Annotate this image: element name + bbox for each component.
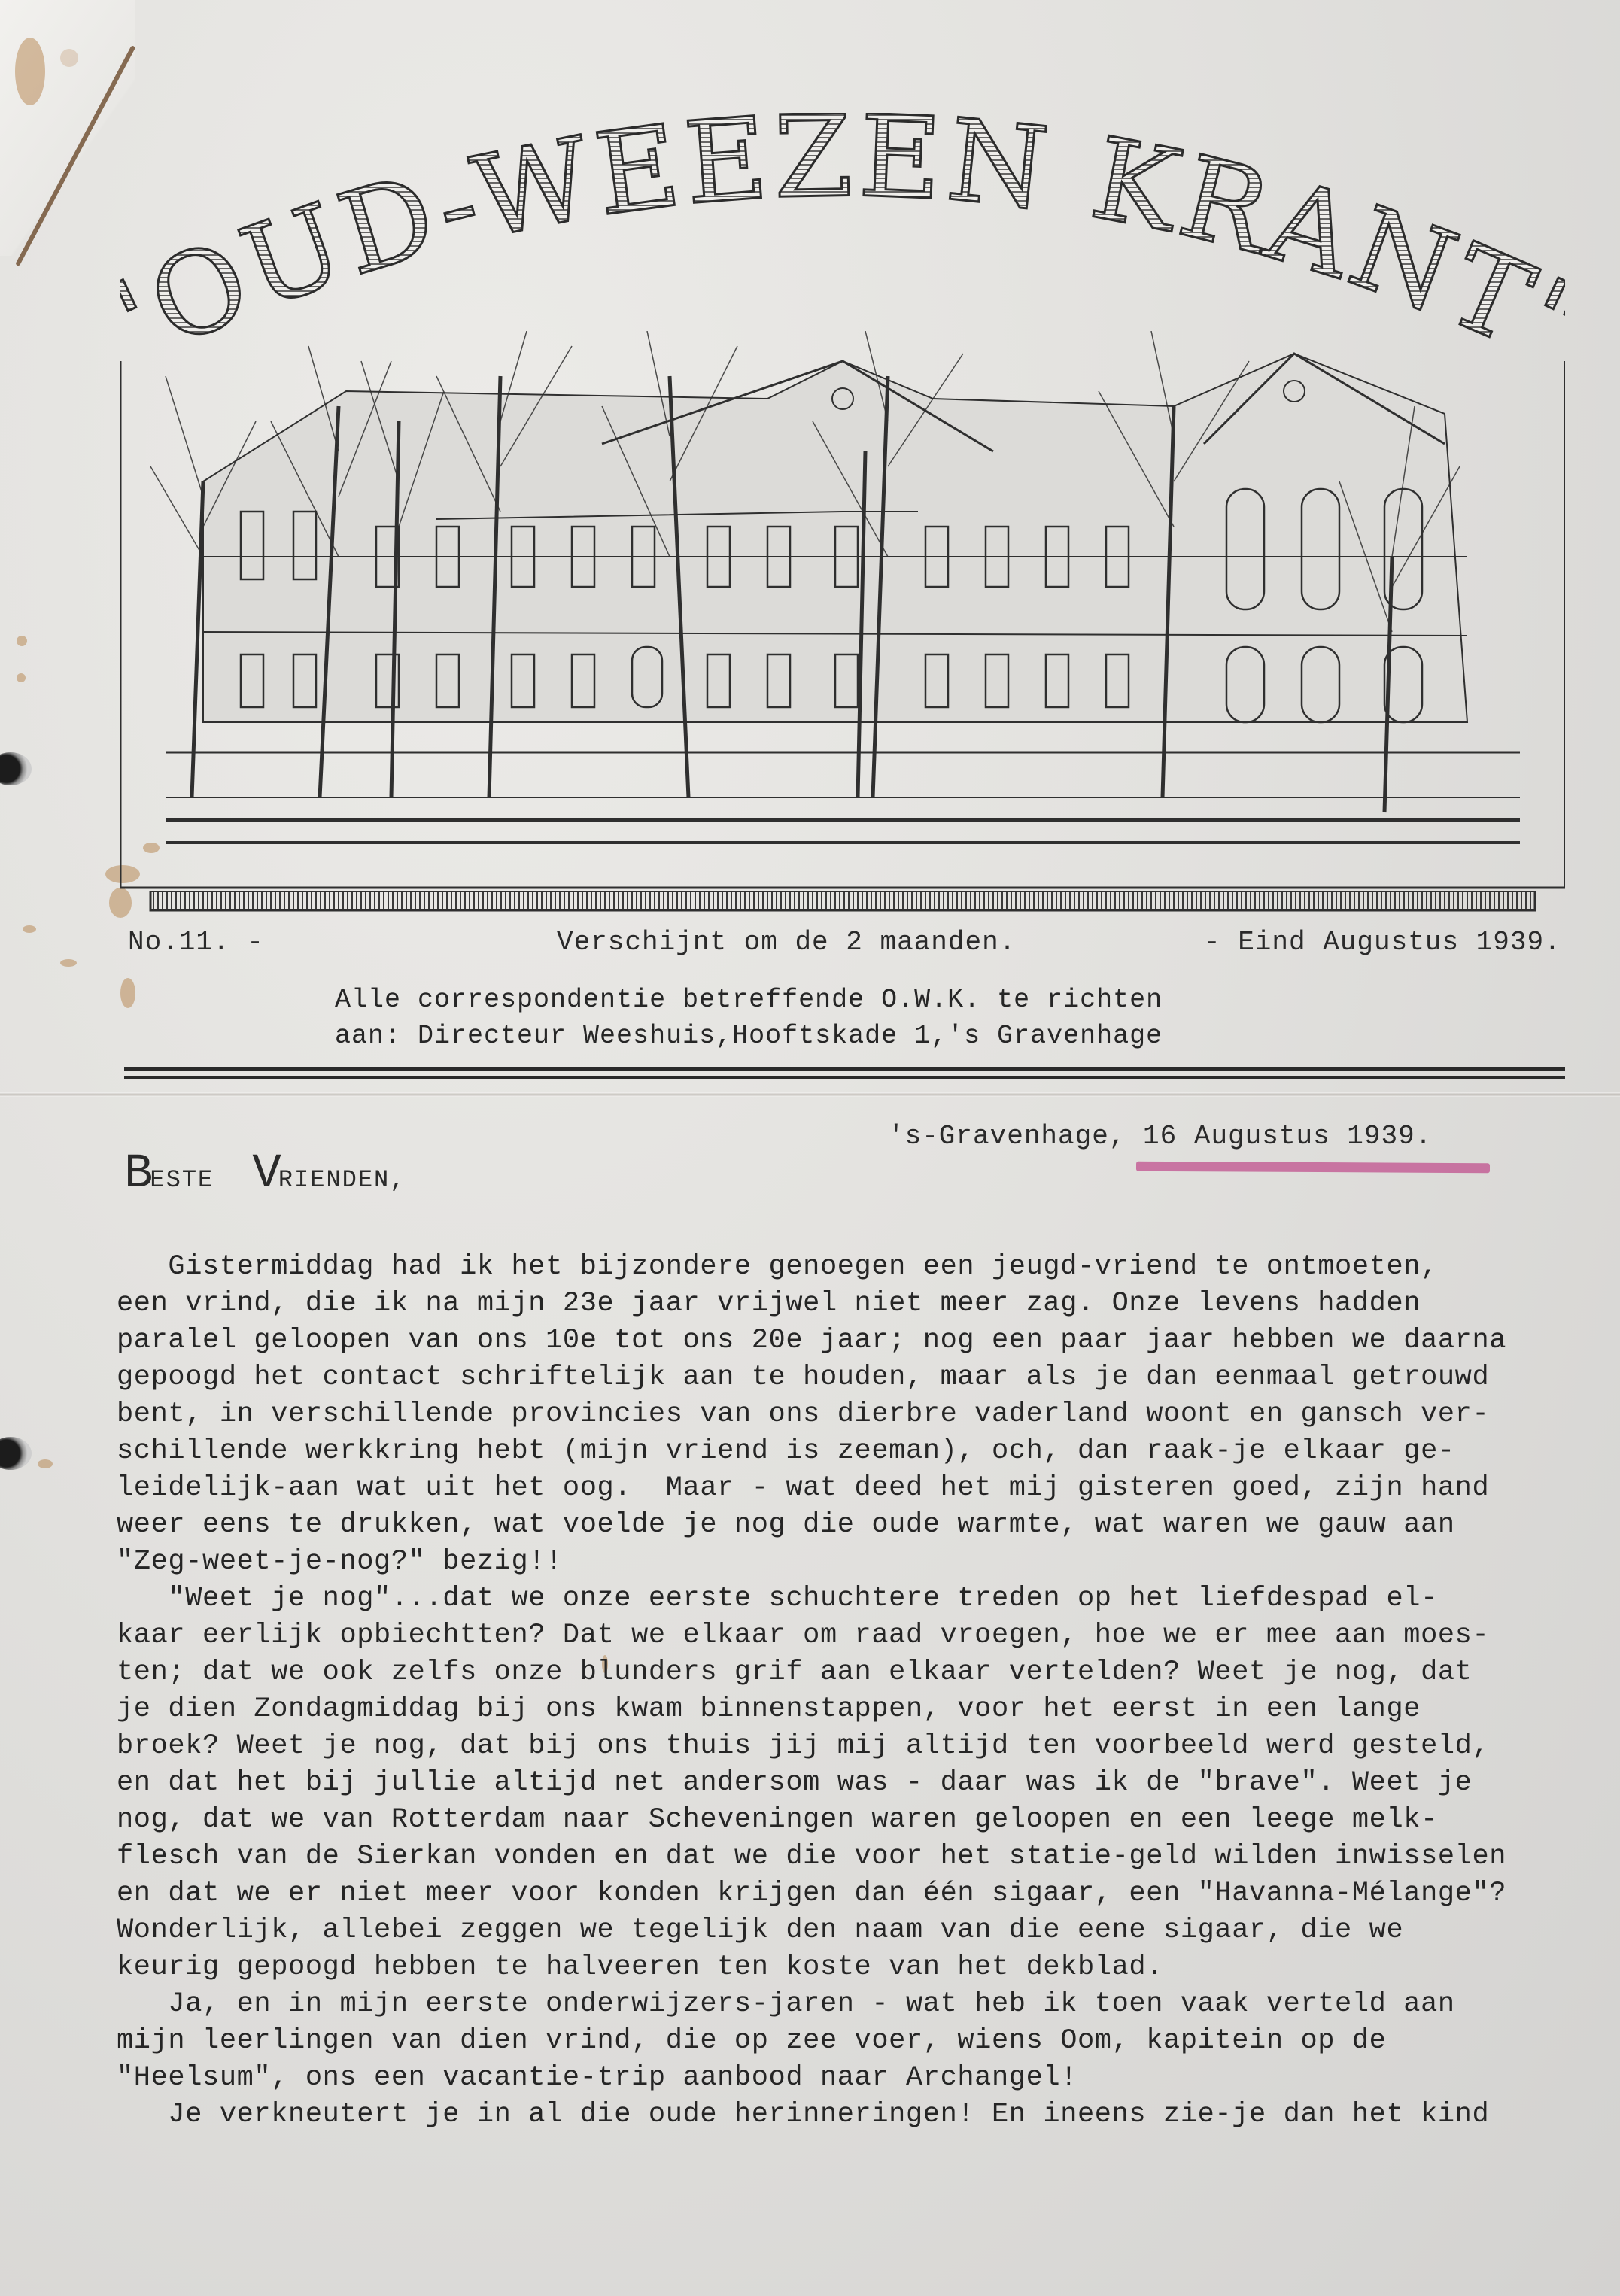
letter-place-date: 's-Gravenhage, 16 Augustus 1939. xyxy=(888,1121,1432,1152)
rust-stain xyxy=(17,636,27,646)
letter-line: Gistermiddag had ik het bijzondere genoe… xyxy=(117,1249,1591,1286)
correspondence-line-2: aan: Directeur Weeshuis,Hooftskade 1,'s … xyxy=(335,1018,1163,1054)
newsletter-page: "OUD-WEEZEN KRANT" xyxy=(0,0,1620,2296)
letter-line: Je verkneutert je in al die oude herinne… xyxy=(117,2097,1591,2134)
letter-line: flesch van de Sierkan vonden en dat we d… xyxy=(117,1839,1591,1875)
masthead: "OUD-WEEZEN KRANT" xyxy=(120,113,1565,910)
double-rule-bottom xyxy=(124,1076,1565,1079)
issue-frequency: Verschijnt om de 2 maanden. xyxy=(557,927,1016,958)
salutation-word-1: ESTE xyxy=(150,1166,214,1194)
letter-line: een vrind, die ik na mijn 23e jaar vrijw… xyxy=(117,1286,1591,1323)
double-rule-top xyxy=(124,1067,1565,1071)
binder-hole-bottom xyxy=(0,1437,32,1470)
rust-stain xyxy=(120,978,135,1008)
letter-line: kaar eerlijk opbiechtten? Dat we elkaar … xyxy=(117,1617,1591,1654)
rust-stain xyxy=(60,49,78,67)
letter-line: mijn leerlingen van dien vrind, die op z… xyxy=(117,2023,1591,2060)
rust-stain xyxy=(23,925,36,933)
letter-line: "Weet je nog"...dat we onze eerste schuc… xyxy=(117,1581,1591,1617)
rust-stain xyxy=(15,38,45,105)
rust-stain xyxy=(60,959,77,967)
letter-line: je dien Zondagmiddag bij ons kwam binnen… xyxy=(117,1691,1591,1728)
paper-crease xyxy=(0,1092,1620,1097)
binder-hole-top xyxy=(0,752,32,785)
orphanage-illustration xyxy=(120,331,1565,918)
letter-line: keurig gepoogd hebben te halveeren ten k… xyxy=(117,1949,1591,1986)
letter-line: bent, in verschillende provincies van on… xyxy=(117,1396,1591,1433)
rust-stain xyxy=(38,1459,53,1468)
correspondence-address: Alle correspondentie betreffende O.W.K. … xyxy=(335,982,1163,1054)
letter-line: weer eens te drukken, wat voelde je nog … xyxy=(117,1507,1591,1544)
letter-salutation: BESTE VRIENDEN, xyxy=(124,1147,406,1201)
letter-line: Wonderlijk, allebei zeggen we tegelijk d… xyxy=(117,1912,1591,1949)
letter-line: paralel geloopen van ons 10e tot ons 20e… xyxy=(117,1323,1591,1359)
issue-date: - Eind Augustus 1939. xyxy=(1204,927,1561,958)
letter-line: "Zeg-weet-je-nog?" bezig!! xyxy=(117,1544,1591,1581)
letter-body: Gistermiddag had ik het bijzondere genoe… xyxy=(117,1249,1591,2134)
correspondence-line-1: Alle correspondentie betreffende O.W.K. … xyxy=(335,982,1163,1018)
letter-line: schillende werkkring hebt (mijn vriend i… xyxy=(117,1433,1591,1470)
letter-line: Ja, en in mijn eerste onderwijzers-jaren… xyxy=(117,1986,1591,2023)
letter-line: broek? Weet je nog, dat bij ons thuis ji… xyxy=(117,1728,1591,1765)
salutation-word-2: RIENDEN, xyxy=(278,1166,406,1194)
letter-line: leidelijk-aan wat uit het oog. Maar - wa… xyxy=(117,1470,1591,1507)
issue-number: No.11. - xyxy=(128,927,264,958)
letter-line: nog, dat we van Rotterdam naar Schevenin… xyxy=(117,1802,1591,1839)
folded-corner xyxy=(0,0,135,256)
letter-line: ten; dat we ook zelfs onze blunders grif… xyxy=(117,1654,1591,1691)
letter-line: en dat het bij jullie altijd net anderso… xyxy=(117,1765,1591,1802)
pink-underline-mark xyxy=(1136,1162,1490,1173)
letter-line: "Heelsum", ons een vacantie-trip aanbood… xyxy=(117,2060,1591,2097)
letter-line: en dat we er niet meer voor konden krijg… xyxy=(117,1875,1591,1912)
letter-line: gepoogd het contact schriftelijk aan te … xyxy=(117,1359,1591,1396)
rust-stain xyxy=(17,673,26,682)
